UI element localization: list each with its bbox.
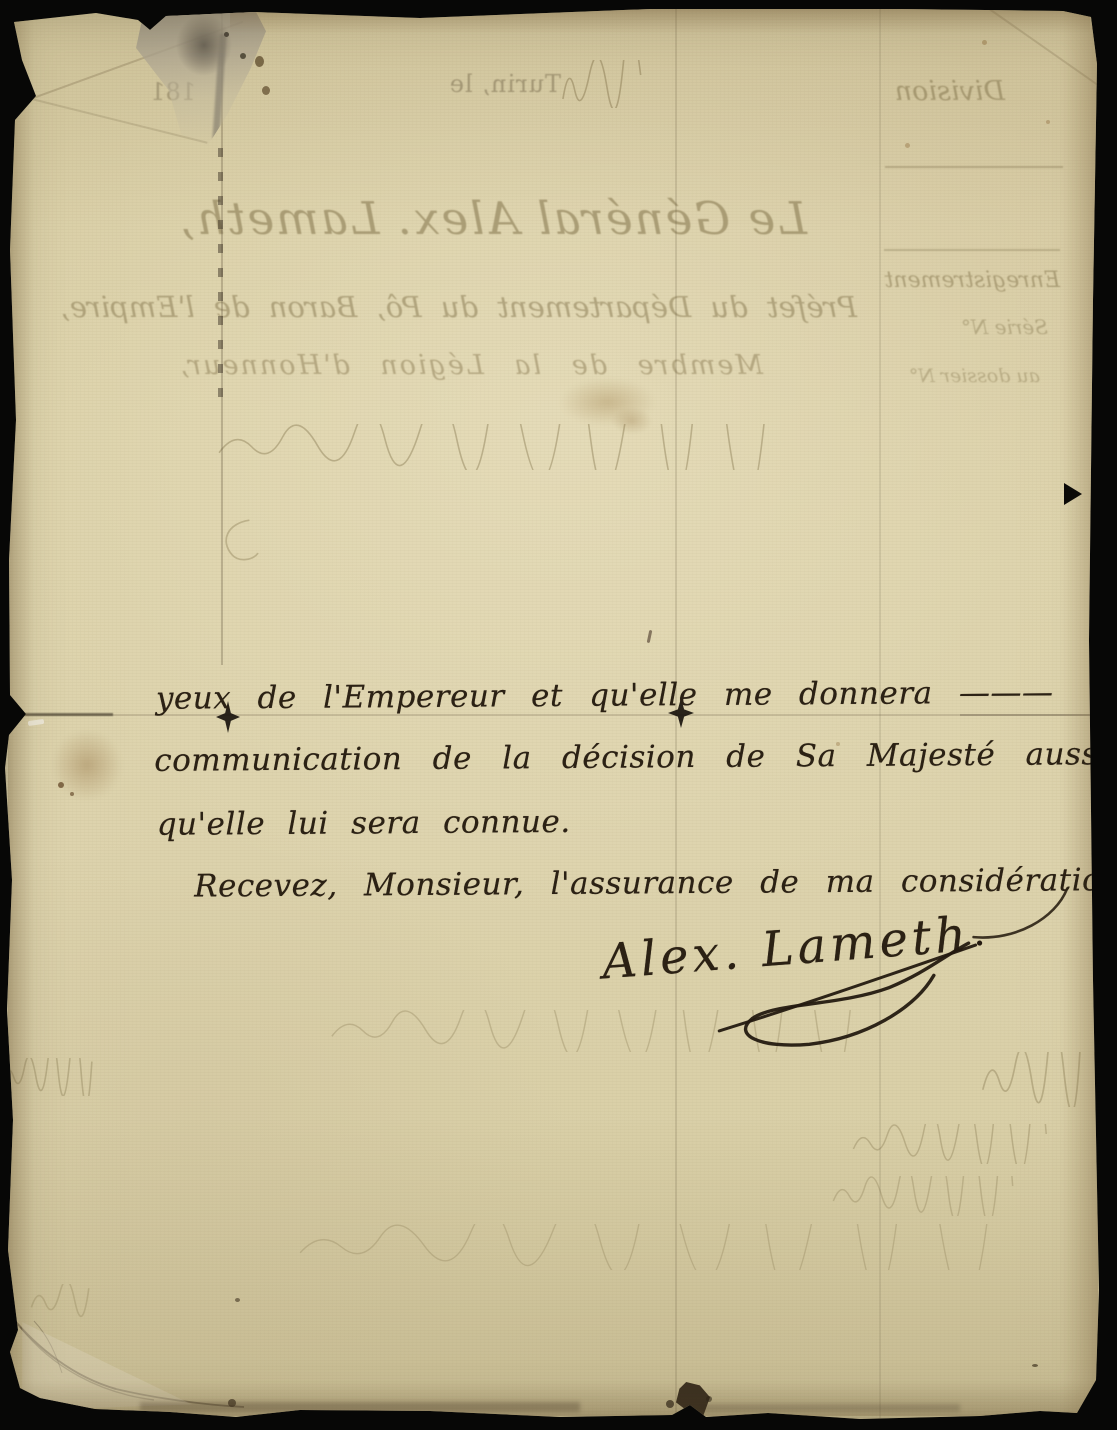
letter-body: yeux de l'Empereur et qu'elle me donnera… [0, 0, 1117, 1430]
body-line-3: qu'elle lui sera connue. [157, 804, 571, 843]
body-line-1: yeux de l'Empereur et qu'elle me donnera… [156, 675, 1054, 717]
signature-paraph-flourish [583, 909, 994, 1067]
scan-background: Division Turin, le 181 Le Général Alex. … [0, 0, 1117, 1430]
letter-page: Division Turin, le 181 Le Général Alex. … [0, 0, 1117, 1430]
body-line-2: communication de la décision de Sa Majes… [154, 736, 1117, 779]
